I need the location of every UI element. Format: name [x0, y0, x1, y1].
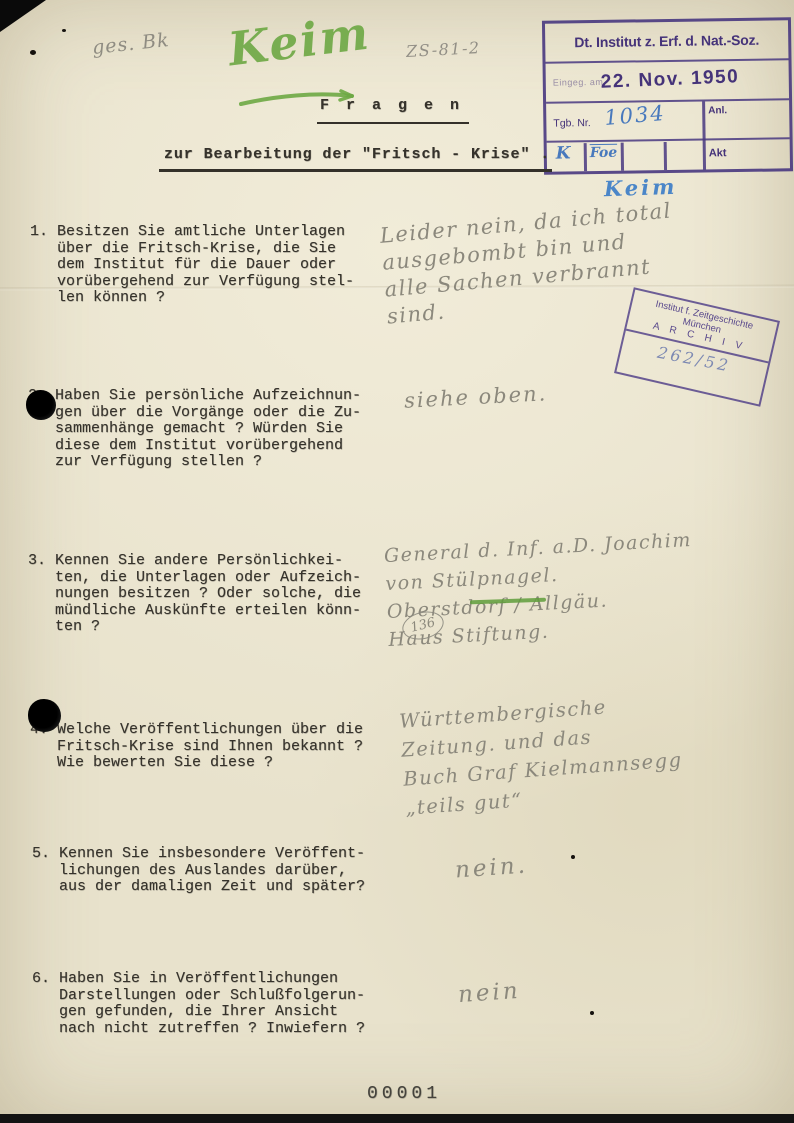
question-3-number: 3. — [28, 553, 55, 636]
diary-number-label: Tgb. Nr. — [553, 117, 591, 130]
punch-hole — [26, 390, 56, 420]
routing-initial-foe: Foe — [590, 144, 618, 160]
entry-stamp-diary-row: Tgb. Nr. 1034 Anl. — [546, 100, 790, 142]
punch-hole — [28, 699, 61, 732]
received-date-stamp: 22. Nov. 1950 — [600, 66, 739, 94]
answer-5-handwritten: nein. — [454, 852, 529, 883]
question-6-number: 6. — [32, 971, 59, 1037]
question-2-text: Haben Sie persönliche Aufzeichnun- gen ü… — [55, 388, 361, 471]
question-6: 6. Haben Sie in Veröffentlichungen Darst… — [32, 971, 365, 1037]
stamp-divider — [584, 143, 587, 172]
entry-stamp-date-row: Eingeg. am 22. Nov. 1950 — [546, 61, 790, 103]
subtitle-underline — [159, 169, 552, 172]
question-1-number: 1. — [30, 224, 57, 307]
pencil-initials-note: ges. Bk — [91, 29, 171, 59]
question-5-number: 5. — [32, 846, 59, 896]
question-4: 4. Welche Veröffentlichungen über die Fr… — [30, 722, 363, 772]
page-number-stamp: 00001 — [367, 1084, 441, 1104]
question-6-text: Haben Sie in Veröffentlichungen Darstell… — [59, 971, 365, 1037]
question-1-text: Besitzen Sie amtliche Unterlagen über di… — [57, 224, 354, 307]
document-subtitle: zur Bearbeitung der "Fritsch - Krise" . — [164, 146, 550, 163]
stamp-divider — [621, 142, 624, 171]
question-3-text: Kennen Sie andere Persönlichkei- ten, di… — [55, 553, 361, 636]
green-handwritten-name: Keim — [225, 6, 373, 77]
ink-speck — [30, 50, 36, 55]
question-3: 3. Kennen Sie andere Persönlichkei- ten,… — [28, 553, 361, 636]
question-5-text: Kennen Sie insbesondere Veröffent- lichu… — [59, 846, 365, 896]
stamp-divider — [664, 142, 667, 171]
question-4-text: Welche Veröffentlichungen über die Frits… — [57, 722, 363, 772]
archive-reference-pencil: ZS-81-2 — [406, 38, 481, 61]
entry-stamp-routing-row: K Foe Akt — [547, 140, 790, 172]
question-2: 2. Haben Sie persönliche Aufzeichnun- ge… — [28, 388, 361, 471]
title-underline — [317, 122, 469, 124]
received-label: Eingeg. am — [553, 76, 604, 87]
answer-4-handwritten: Württembergische Zeitung. und das Buch G… — [398, 687, 685, 822]
scanned-questionnaire-page: ges. Bk Keim ZS-81-2 Dt. Institut z. Erf… — [0, 0, 794, 1123]
answer-2-handwritten: siehe oben. — [403, 381, 547, 412]
ink-speck — [571, 855, 575, 859]
diary-number-handwritten: 1034 — [603, 101, 666, 130]
ink-speck — [590, 1011, 594, 1015]
answer-6-handwritten: nein — [457, 978, 521, 1008]
file-label: Akt — [709, 147, 727, 159]
enclosures-label: Anl. — [708, 105, 727, 116]
entry-stamp-institution: Dt. Institut z. Erf. d. Nat.-Soz. — [545, 20, 789, 63]
entry-stamp: Dt. Institut z. Erf. d. Nat.-Soz. Eingeg… — [542, 17, 793, 174]
ink-speck — [62, 29, 66, 32]
corner-fold-artifact — [0, 0, 46, 32]
question-5: 5. Kennen Sie insbesondere Veröffent- li… — [32, 846, 365, 896]
scan-edge-bar — [0, 1114, 794, 1123]
document-title: F r a g e n — [320, 97, 463, 114]
routing-initial-k: K — [556, 143, 571, 163]
question-1: 1. Besitzen Sie amtliche Unterlagen über… — [30, 224, 354, 307]
